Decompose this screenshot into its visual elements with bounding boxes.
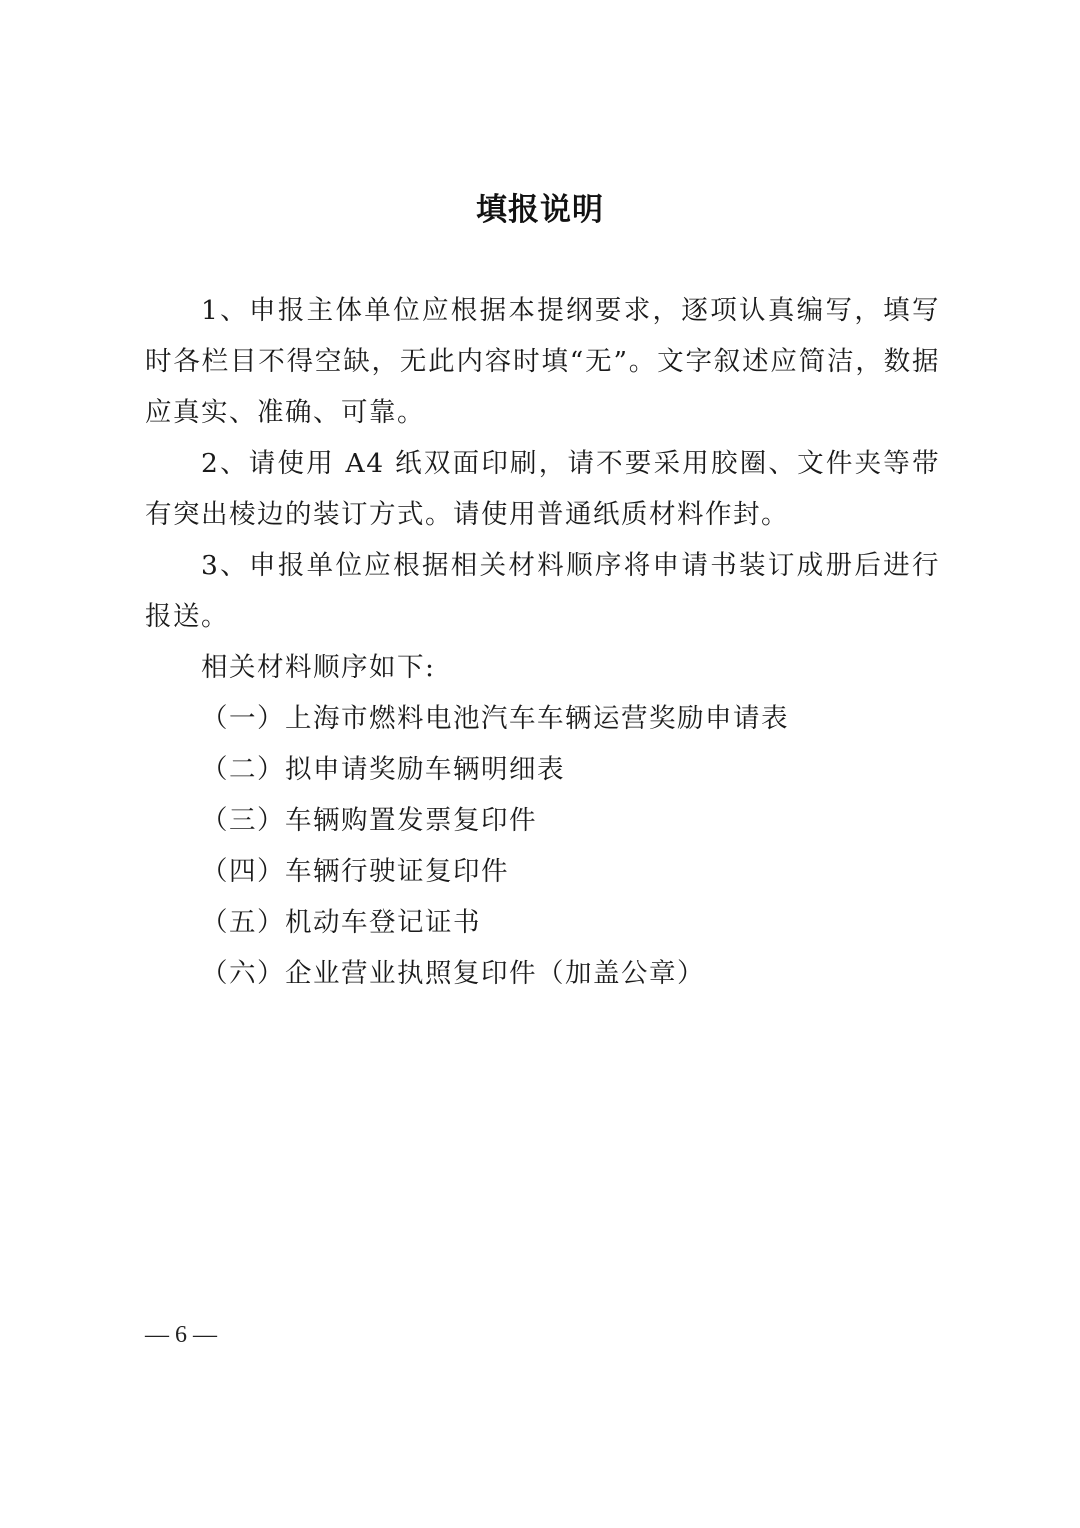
document-title: 填报说明 (0, 184, 1080, 229)
materials-heading: 相关材料顺序如下: (145, 642, 940, 693)
paragraph-2: 2、请使用 A4 纸双面印刷，请不要采用胶圈、文件夹等带有突出棱边的装订方式。请… (145, 438, 940, 540)
materials-item: （二）拟申请奖励车辆明细表 (145, 744, 940, 795)
materials-item: （四）车辆行驶证复印件 (145, 846, 940, 897)
materials-item: （一）上海市燃料电池汽车车辆运营奖励申请表 (145, 693, 940, 744)
paragraph-3: 3、申报单位应根据相关材料顺序将申请书装订成册后进行报送。 (145, 540, 940, 642)
materials-item: （六）企业营业执照复印件（加盖公章） (145, 948, 940, 999)
document-body: 1、申报主体单位应根据本提纲要求，逐项认真编写，填写时各栏目不得空缺，无此内容时… (145, 285, 940, 999)
materials-list: （一）上海市燃料电池汽车车辆运营奖励申请表 （二）拟申请奖励车辆明细表 （三）车… (145, 693, 940, 999)
page-number: — 6 — (145, 1322, 217, 1349)
materials-item: （三）车辆购置发票复印件 (145, 795, 940, 846)
materials-item: （五）机动车登记证书 (145, 897, 940, 948)
paragraph-1: 1、申报主体单位应根据本提纲要求，逐项认真编写，填写时各栏目不得空缺，无此内容时… (145, 285, 940, 438)
